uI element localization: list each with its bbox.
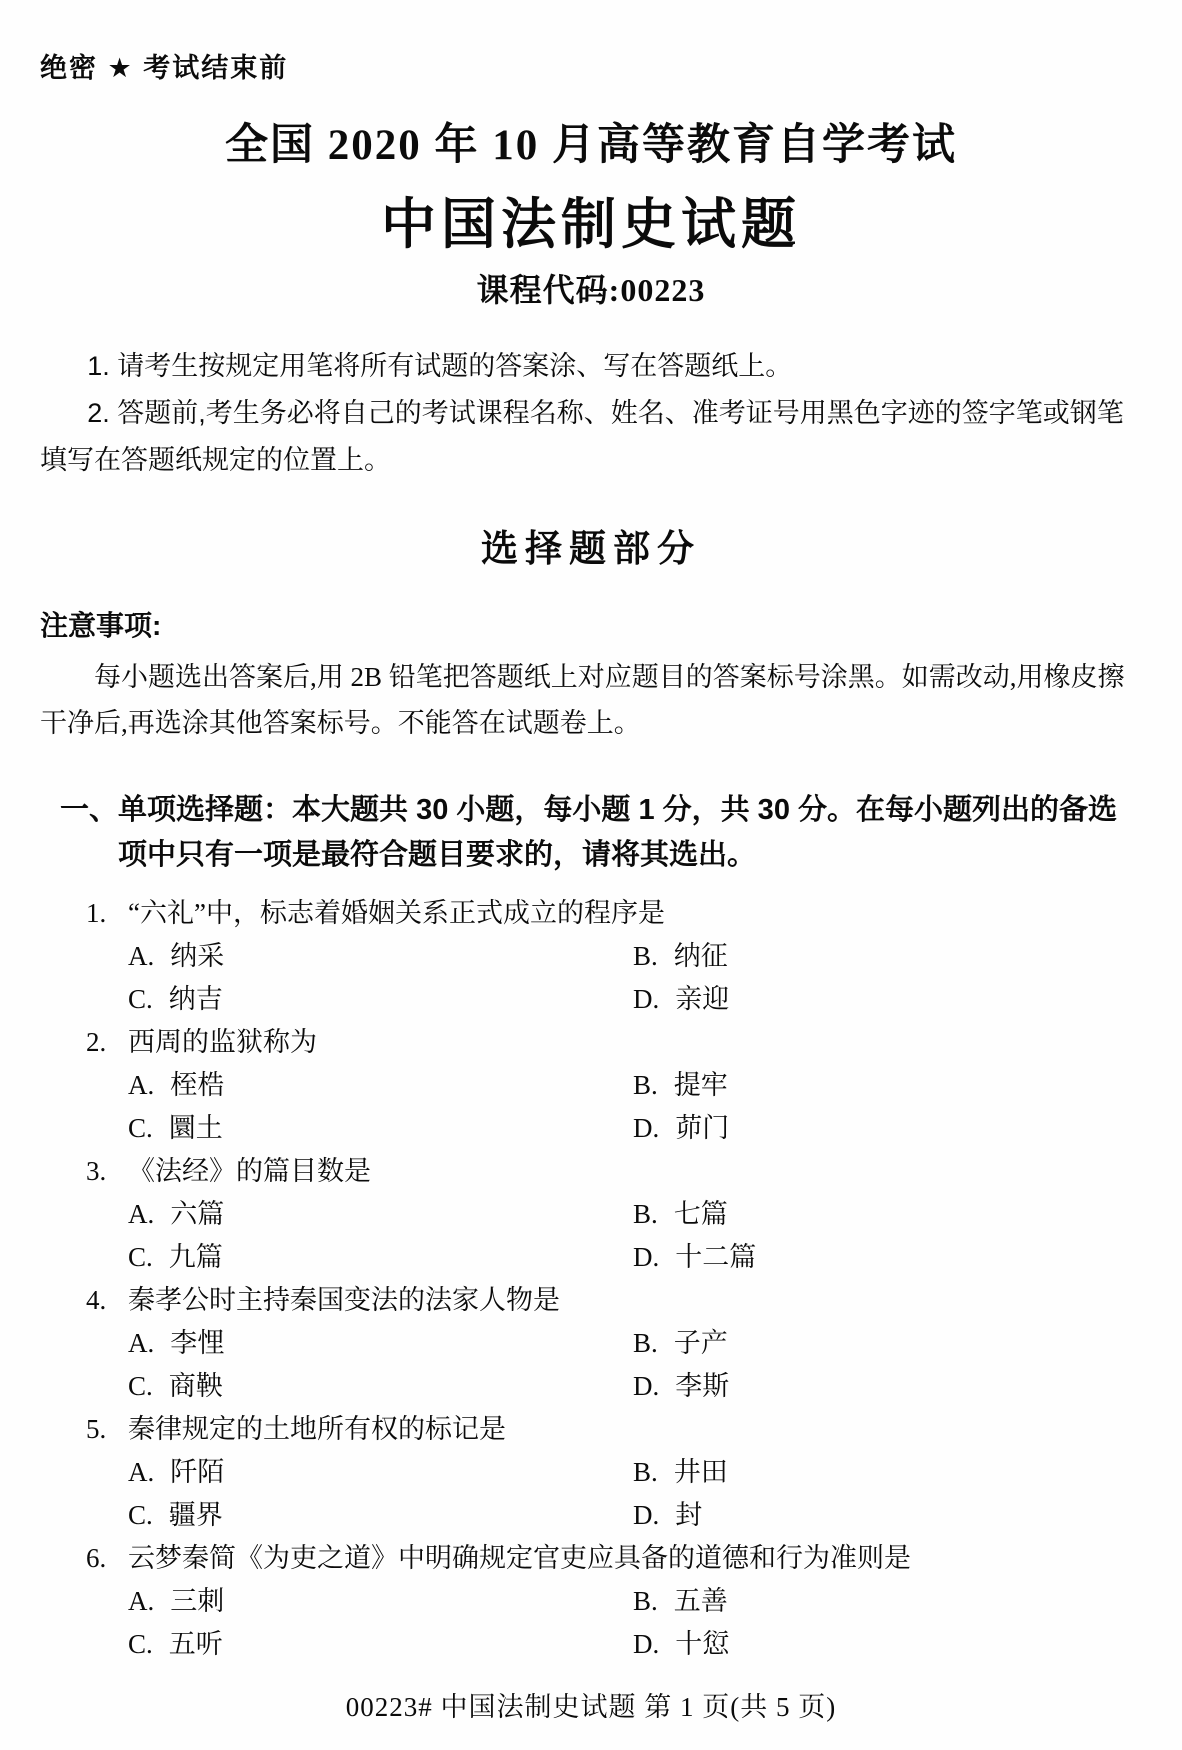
- option-text: 七篇: [674, 1193, 728, 1236]
- option-b: B. 纳征: [633, 935, 1142, 978]
- option-text: 疆界: [169, 1494, 223, 1537]
- option-label: C.: [128, 1236, 153, 1279]
- part-one-heading: 一、 单项选择题：本大题共 30 小题，每小题 1 分，共 30 分。在每小题列…: [40, 788, 1142, 878]
- option-label: B.: [633, 1064, 658, 1107]
- option-label: B.: [633, 935, 658, 978]
- option-label: D.: [633, 1494, 659, 1537]
- option-label: C.: [128, 1494, 153, 1537]
- section-title: 选择题部分: [40, 518, 1142, 572]
- option-text: 亲迎: [675, 978, 729, 1021]
- option-text: 李斯: [675, 1365, 729, 1408]
- option-label: D.: [633, 1365, 659, 1408]
- option-a: A. 李悝: [128, 1322, 633, 1365]
- option-text: 六篇: [170, 1193, 224, 1236]
- option-label: D.: [633, 978, 659, 1021]
- course-code: 课程代码:00223: [40, 265, 1142, 311]
- paper-title: 中国法制史试题: [40, 180, 1142, 259]
- general-instruction-2: 2. 答题前,考生务必将自己的考试课程名称、姓名、准考证号用黑色字迹的签字笔或钢…: [40, 390, 1142, 484]
- option-text: 五善: [674, 1580, 728, 1623]
- question-text: 秦律规定的土地所有权的标记是: [128, 1408, 1142, 1451]
- option-label: A.: [128, 1451, 154, 1494]
- option-label: C.: [128, 1365, 153, 1408]
- option-label: C.: [128, 978, 153, 1021]
- option-text: 纳吉: [169, 978, 223, 1021]
- option-text: 圜土: [169, 1107, 223, 1150]
- option-c: C. 九篇: [128, 1236, 633, 1279]
- option-c: C. 商鞅: [128, 1365, 633, 1408]
- option-text: 茆门: [675, 1107, 729, 1150]
- question-stem: 4. 秦孝公时主持秦国变法的法家人物是: [40, 1279, 1142, 1322]
- option-label: B.: [633, 1193, 658, 1236]
- option-text: 纳采: [170, 935, 224, 978]
- option-b: B. 五善: [633, 1580, 1142, 1623]
- option-text: 井田: [674, 1451, 728, 1494]
- option-d: D. 李斯: [633, 1365, 1142, 1408]
- option-text: 十二篇: [675, 1236, 756, 1279]
- option-label: A.: [128, 1322, 154, 1365]
- question-1: 1. “六礼”中，标志着婚姻关系正式成立的程序是 A. 纳采 B. 纳征 C. …: [40, 892, 1142, 1021]
- option-d: D. 亲迎: [633, 978, 1142, 1021]
- exam-session-title: 全国 2020 年 10 月高等教育自学考试: [40, 111, 1142, 172]
- question-text: 西周的监狱称为: [128, 1021, 1142, 1064]
- option-a: A. 三刺: [128, 1580, 633, 1623]
- question-2: 2. 西周的监狱称为 A. 桎梏 B. 提牢 C. 圜土 D. 茆门: [40, 1021, 1142, 1150]
- question-number: 5.: [86, 1408, 128, 1451]
- classification-label: 绝密 ★ 考试结束前: [40, 46, 1142, 85]
- question-number: 2.: [86, 1021, 128, 1064]
- option-d: D. 十二篇: [633, 1236, 1142, 1279]
- option-text: 九篇: [169, 1236, 223, 1279]
- option-a: A. 阡陌: [128, 1451, 633, 1494]
- option-b: B. 井田: [633, 1451, 1142, 1494]
- notice-label: 注意事项:: [40, 604, 1142, 644]
- option-a: A. 纳采: [128, 935, 633, 978]
- option-label: A.: [128, 935, 154, 978]
- option-text: 提牢: [674, 1064, 728, 1107]
- option-a: A. 六篇: [128, 1193, 633, 1236]
- option-d: D. 十愆: [633, 1623, 1142, 1666]
- option-grid: A. 纳采 B. 纳征 C. 纳吉 D. 亲迎: [40, 935, 1142, 1021]
- question-stem: 5. 秦律规定的土地所有权的标记是: [40, 1408, 1142, 1451]
- option-text: 阡陌: [170, 1451, 224, 1494]
- option-label: D.: [633, 1236, 659, 1279]
- question-text: 云梦秦简《为吏之道》中明确规定官吏应具备的道德和行为准则是: [128, 1537, 1142, 1580]
- question-stem: 1. “六礼”中，标志着婚姻关系正式成立的程序是: [40, 892, 1142, 935]
- option-grid: A. 桎梏 B. 提牢 C. 圜土 D. 茆门: [40, 1064, 1142, 1150]
- option-text: 李悝: [170, 1322, 224, 1365]
- option-text: 商鞅: [169, 1365, 223, 1408]
- option-c: C. 纳吉: [128, 978, 633, 1021]
- question-text: “六礼”中，标志着婚姻关系正式成立的程序是: [128, 892, 1142, 935]
- option-text: 纳征: [674, 935, 728, 978]
- option-a: A. 桎梏: [128, 1064, 633, 1107]
- question-number: 6.: [86, 1537, 128, 1580]
- option-text: 子产: [674, 1322, 728, 1365]
- question-stem: 6. 云梦秦简《为吏之道》中明确规定官吏应具备的道德和行为准则是: [40, 1537, 1142, 1580]
- option-text: 封: [675, 1494, 702, 1537]
- option-label: C.: [128, 1107, 153, 1150]
- question-text: 秦孝公时主持秦国变法的法家人物是: [128, 1279, 1142, 1322]
- question-5: 5. 秦律规定的土地所有权的标记是 A. 阡陌 B. 井田 C. 疆界 D.: [40, 1408, 1142, 1537]
- option-label: A.: [128, 1193, 154, 1236]
- question-text: 《法经》的篇目数是: [128, 1150, 1142, 1193]
- part-one-number: 一、: [60, 788, 118, 878]
- option-label: C.: [128, 1623, 153, 1666]
- option-c: C. 疆界: [128, 1494, 633, 1537]
- option-b: B. 提牢: [633, 1064, 1142, 1107]
- option-label: D.: [633, 1107, 659, 1150]
- question-6: 6. 云梦秦简《为吏之道》中明确规定官吏应具备的道德和行为准则是 A. 三刺 B…: [40, 1537, 1142, 1666]
- general-instruction-1: 1. 请考生按规定用笔将所有试题的答案涂、写在答题纸上。: [40, 343, 1142, 390]
- option-b: B. 子产: [633, 1322, 1142, 1365]
- option-c: C. 圜土: [128, 1107, 633, 1150]
- question-list: 1. “六礼”中，标志着婚姻关系正式成立的程序是 A. 纳采 B. 纳征 C. …: [40, 892, 1142, 1666]
- question-number: 3.: [86, 1150, 128, 1193]
- option-label: B.: [633, 1451, 658, 1494]
- option-label: D.: [633, 1623, 659, 1666]
- option-text: 三刺: [170, 1580, 224, 1623]
- question-stem: 3. 《法经》的篇目数是: [40, 1150, 1142, 1193]
- option-label: A.: [128, 1064, 154, 1107]
- option-grid: A. 李悝 B. 子产 C. 商鞅 D. 李斯: [40, 1322, 1142, 1408]
- option-grid: A. 三刺 B. 五善 C. 五听 D. 十愆: [40, 1580, 1142, 1666]
- notice-body: 每小题选出答案后,用 2B 铅笔把答题纸上对应题目的答案标号涂黑。如需改动,用橡…: [40, 654, 1142, 746]
- option-d: D. 封: [633, 1494, 1142, 1537]
- question-3: 3. 《法经》的篇目数是 A. 六篇 B. 七篇 C. 九篇 D. 十: [40, 1150, 1142, 1279]
- option-d: D. 茆门: [633, 1107, 1142, 1150]
- option-label: A.: [128, 1580, 154, 1623]
- option-b: B. 七篇: [633, 1193, 1142, 1236]
- page-footer: 00223# 中国法制史试题 第 1 页(共 5 页): [0, 1685, 1182, 1724]
- option-grid: A. 六篇 B. 七篇 C. 九篇 D. 十二篇: [40, 1193, 1142, 1279]
- option-text: 五听: [169, 1623, 223, 1666]
- option-text: 十愆: [675, 1623, 729, 1666]
- question-4: 4. 秦孝公时主持秦国变法的法家人物是 A. 李悝 B. 子产 C. 商鞅 D.: [40, 1279, 1142, 1408]
- question-number: 1.: [86, 892, 128, 935]
- question-stem: 2. 西周的监狱称为: [40, 1021, 1142, 1064]
- option-text: 桎梏: [170, 1064, 224, 1107]
- exam-paper-page: 绝密 ★ 考试结束前 全国 2020 年 10 月高等教育自学考试 中国法制史试…: [0, 0, 1182, 1750]
- option-label: B.: [633, 1580, 658, 1623]
- option-label: B.: [633, 1322, 658, 1365]
- question-number: 4.: [86, 1279, 128, 1322]
- general-instructions: 1. 请考生按规定用笔将所有试题的答案涂、写在答题纸上。 2. 答题前,考生务必…: [40, 343, 1142, 484]
- option-c: C. 五听: [128, 1623, 633, 1666]
- part-one-heading-text: 单项选择题：本大题共 30 小题，每小题 1 分，共 30 分。在每小题列出的备…: [118, 788, 1142, 878]
- option-grid: A. 阡陌 B. 井田 C. 疆界 D. 封: [40, 1451, 1142, 1537]
